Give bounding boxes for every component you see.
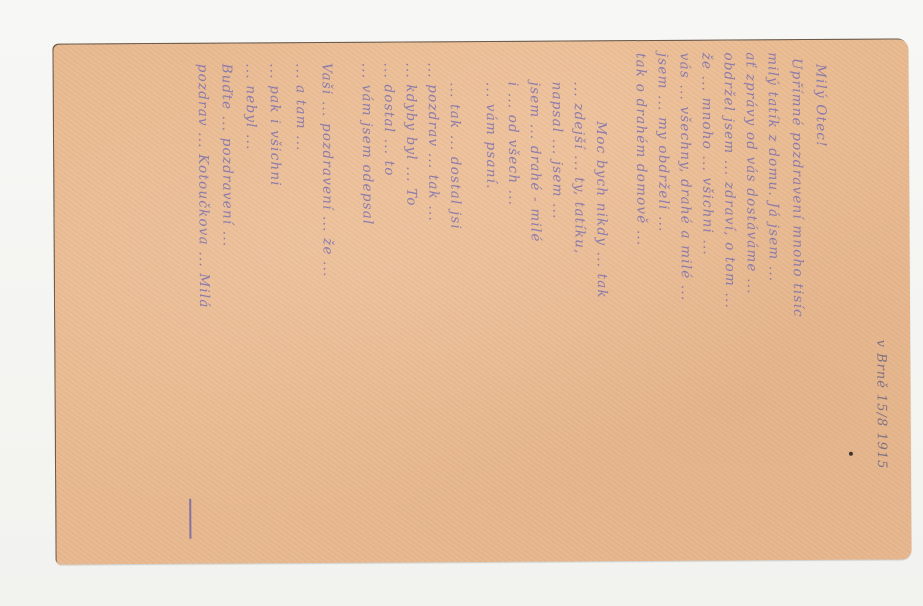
postcard: Milý Otec! Upřímné pozdravení mnoho tisí… — [53, 39, 911, 564]
text-line: pozdrav ... Kotoučkova ... Milá — [195, 64, 212, 309]
text-line: i ... od všech ... — [505, 82, 522, 207]
text-line: ... vám psaní. — [483, 82, 500, 190]
text-line: ... pozdrav ... tak ... — [425, 62, 442, 222]
salutation: Milý Otec! — [813, 64, 830, 148]
text-line: ... zdejší ... ty, tatíku, — [571, 81, 588, 254]
text-line: vás ... všechny, drahé a milé ... — [676, 53, 694, 302]
text-line: milý tatík z domu. Já jsem ... — [764, 52, 781, 282]
text-line: Upřímné pozdravení mnoho tisíc — [789, 58, 807, 318]
signature-flourish — [189, 499, 191, 539]
ink-spot — [849, 452, 853, 456]
text-line: ... kdyby byl ... To — [403, 62, 420, 206]
text-line: napsal ... jsem ... — [549, 81, 566, 219]
text-line: ... nebyl ... — [243, 63, 260, 150]
text-line: ... dostal ... to — [381, 63, 398, 177]
text-line: ... vám jsem odepsal — [359, 63, 376, 226]
text-line: jsem ... my obdrželi ... — [654, 53, 671, 233]
text-line: obdržel jsem ... zdraví, o tom ... — [720, 52, 738, 309]
date-line: v Brně 15/8 1915 — [873, 340, 889, 470]
text-line: jsem ... drahé - milé — [527, 82, 544, 243]
handwritten-text: Milý Otec! Upřímné pozdravení mnoho tisí… — [53, 39, 911, 564]
text-line: Buďte ... pozdravení ... — [219, 64, 236, 248]
text-line: Moc bych nikdy ... tak — [593, 121, 610, 299]
text-line: že ... mnoho ... všichni ... — [698, 53, 715, 256]
text-line: ... a tam ... — [293, 63, 310, 152]
text-line: Vaši ... pozdravení ... že ... — [319, 63, 336, 278]
text-line: ... tak ... dostal jsi — [447, 82, 464, 230]
text-line: tak o drahém domově ... — [632, 53, 649, 246]
text-line: ... pak i všichni — [267, 63, 284, 187]
text-line: ať zprávy od vás dostáváme ... — [742, 52, 759, 294]
